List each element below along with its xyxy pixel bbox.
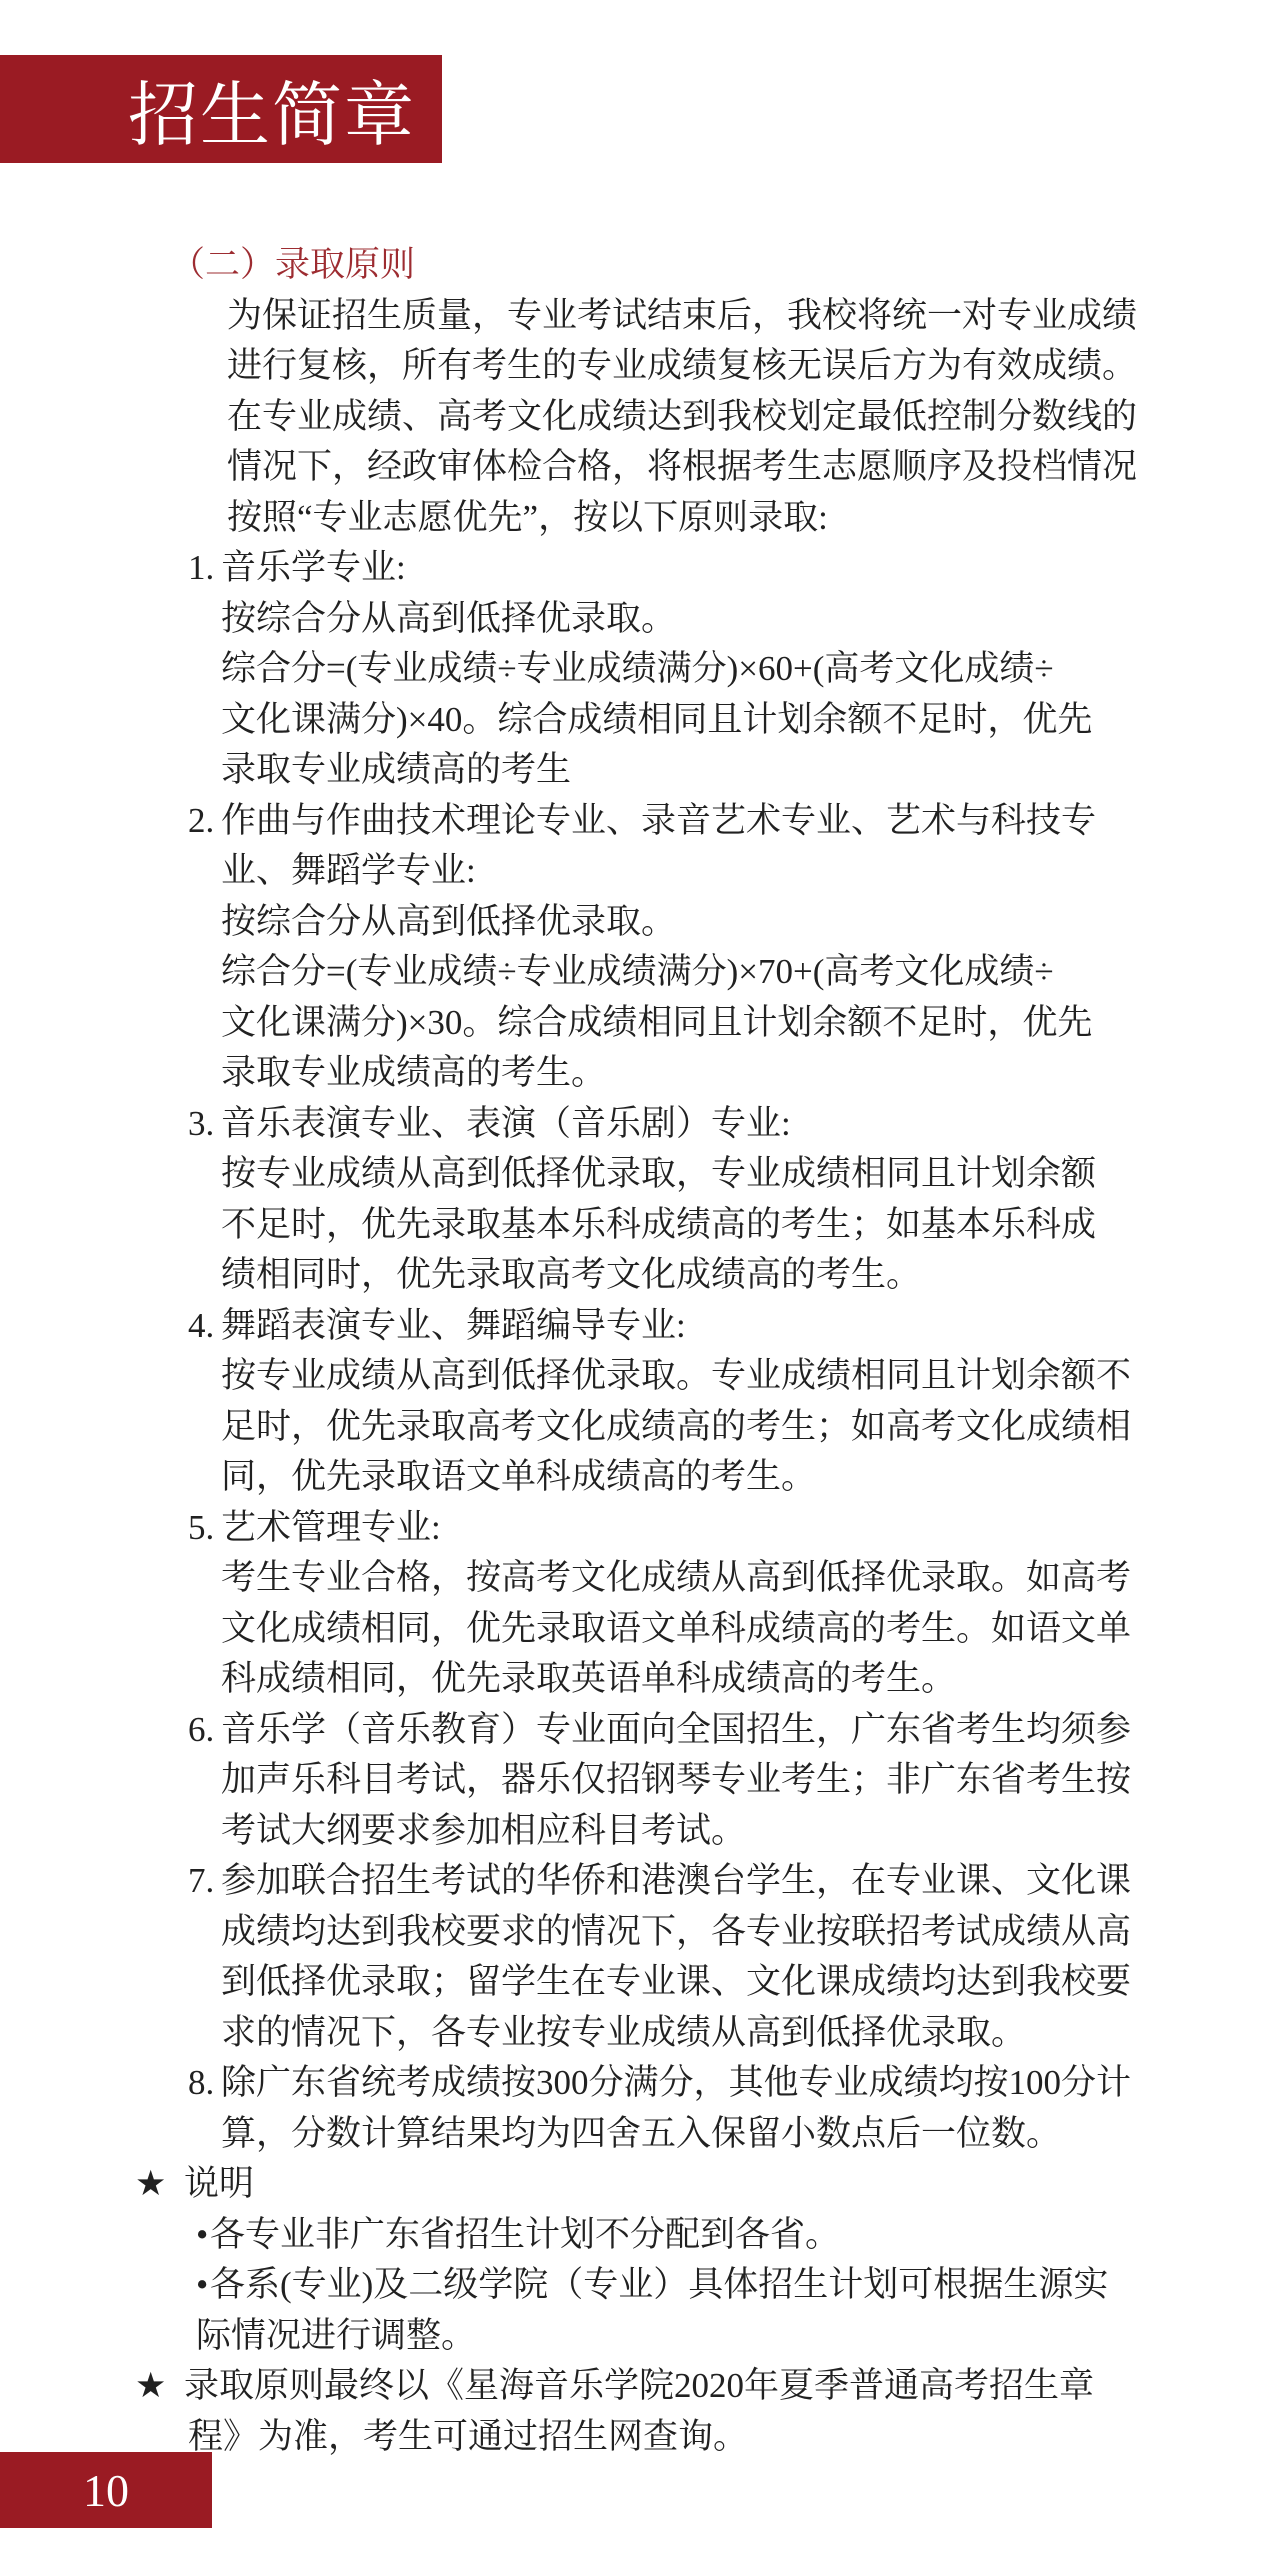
star-icon: ★: [135, 2361, 184, 2412]
item-line: 加声乐科目考试，器乐仅招钢琴专业考生；非广东省考生按: [0, 1755, 1280, 1806]
star-note: ★录取原则最终以《星海音乐学院2020年夏季普通高考招生章: [0, 2361, 1280, 2412]
item-number: 3.: [188, 1099, 221, 1150]
list-item: 7.参加联合招生考试的华侨和港澳台学生，在专业课、文化课: [0, 1856, 1280, 1907]
notes-list: ★说明•各专业非广东省招生计划不分配到各省。•各系(专业)及二级学院（专业）具体…: [0, 2159, 1280, 2462]
note-text: 各系(专业)及二级学院（专业）具体招生计划可根据生源实: [210, 2265, 1108, 2304]
list-item: 5.艺术管理专业:: [0, 1503, 1280, 1554]
bullet-icon: •: [196, 2210, 210, 2261]
item-line: 按综合分从高到低择优录取。: [0, 897, 1280, 948]
item-text: 除广东省统考成绩按300分满分，其他专业成绩均按100分计: [221, 2063, 1131, 2102]
item-number: 5.: [188, 1503, 221, 1554]
section-heading: （二）录取原则: [0, 240, 1280, 291]
item-line: 足时，优先录取高考文化成绩高的考生；如高考文化成绩相: [0, 1402, 1280, 1453]
bullet-note: •各系(专业)及二级学院（专业）具体招生计划可根据生源实: [0, 2260, 1280, 2311]
note-line: 际情况进行调整。: [0, 2311, 1280, 2362]
section-banner: 招生简章: [0, 55, 442, 163]
item-number: 6.: [188, 1705, 221, 1756]
item-text: 作曲与作曲技术理论专业、录音艺术专业、艺术与科技专: [221, 801, 1096, 840]
item-line: 算，分数计算结果均为四舍五入保留小数点后一位数。: [0, 2109, 1280, 2160]
item-line: 到低择优录取；留学生在专业课、文化课成绩均达到我校要: [0, 1957, 1280, 2008]
item-line: 综合分=(专业成绩÷专业成绩满分)×60+(高考文化成绩÷: [0, 644, 1280, 695]
item-text: 音乐表演专业、表演（音乐剧）专业:: [221, 1104, 791, 1143]
item-line: 文化课满分)×40。综合成绩相同且计划余额不足时，优先: [0, 695, 1280, 746]
item-line: 科成绩相同，优先录取英语单科成绩高的考生。: [0, 1654, 1280, 1705]
item-number: 8.: [188, 2058, 221, 2109]
item-text: 舞蹈表演专业、舞蹈编导专业:: [221, 1306, 686, 1345]
item-line: 综合分=(专业成绩÷专业成绩满分)×70+(高考文化成绩÷: [0, 947, 1280, 998]
item-line: 文化成绩相同，优先录取语文单科成绩高的考生。如语文单: [0, 1604, 1280, 1655]
list-item: 2.作曲与作曲技术理论专业、录音艺术专业、艺术与科技专: [0, 796, 1280, 847]
item-number: 4.: [188, 1301, 221, 1352]
star-icon: ★: [135, 2159, 184, 2210]
banner-title: 招生简章: [128, 59, 416, 160]
item-line: 求的情况下，各专业按专业成绩从高到低择优录取。: [0, 2008, 1280, 2059]
bullet-icon: •: [196, 2260, 210, 2311]
item-line: 文化课满分)×30。综合成绩相同且计划余额不足时，优先: [0, 998, 1280, 1049]
note-text: 录取原则最终以《星海音乐学院2020年夏季普通高考招生章: [184, 2366, 1094, 2405]
note-text: 各专业非广东省招生计划不分配到各省。: [210, 2215, 840, 2254]
intro-line: 在专业成绩、高考文化成绩达到我校划定最低控制分数线的: [0, 392, 1280, 443]
list-item: 8.除广东省统考成绩按300分满分，其他专业成绩均按100分计: [0, 2058, 1280, 2109]
intro-line: 按照“专业志愿优先”，按以下原则录取:: [0, 493, 1280, 544]
list-item: 3.音乐表演专业、表演（音乐剧）专业:: [0, 1099, 1280, 1150]
intro-line: 情况下，经政审体检合格，将根据考生志愿顺序及投档情况: [0, 442, 1280, 493]
intro-line: 进行复核，所有考生的专业成绩复核无误后方为有效成绩。: [0, 341, 1280, 392]
item-line: 按专业成绩从高到低择优录取，专业成绩相同且计划余额: [0, 1149, 1280, 1200]
item-text: 音乐学（音乐教育）专业面向全国招生，广东省考生均须参: [221, 1710, 1131, 1749]
item-line: 按综合分从高到低择优录取。: [0, 594, 1280, 645]
item-number: 1.: [188, 543, 221, 594]
list-item: 1.音乐学专业:: [0, 543, 1280, 594]
item-line: 考生专业合格，按高考文化成绩从高到低择优录取。如高考: [0, 1553, 1280, 1604]
item-line: 业、舞蹈学专业:: [0, 846, 1280, 897]
item-text: 艺术管理专业:: [221, 1508, 441, 1547]
list-item: 4.舞蹈表演专业、舞蹈编导专业:: [0, 1301, 1280, 1352]
item-text: 参加联合招生考试的华侨和港澳台学生，在专业课、文化课: [221, 1861, 1131, 1900]
item-line: 录取专业成绩高的考生。: [0, 1048, 1280, 1099]
star-note: ★说明: [0, 2159, 1280, 2210]
bullet-note: •各专业非广东省招生计划不分配到各省。: [0, 2210, 1280, 2261]
item-text: 音乐学专业:: [221, 548, 406, 587]
item-number: 2.: [188, 796, 221, 847]
numbered-list: 1.音乐学专业:按综合分从高到低择优录取。综合分=(专业成绩÷专业成绩满分)×6…: [0, 543, 1280, 2159]
document-body: （二）录取原则 为保证招生质量，专业考试结束后，我校将统一对专业成绩进行复核，所…: [0, 240, 1280, 2462]
intro-line: 为保证招生质量，专业考试结束后，我校将统一对专业成绩: [0, 291, 1280, 342]
item-line: 不足时，优先录取基本乐科成绩高的考生；如基本乐科成: [0, 1200, 1280, 1251]
item-line: 录取专业成绩高的考生: [0, 745, 1280, 796]
item-number: 7.: [188, 1856, 221, 1907]
page-number-box: 10: [0, 2452, 212, 2528]
item-line: 绩相同时，优先录取高考文化成绩高的考生。: [0, 1250, 1280, 1301]
item-line: 考试大纲要求参加相应科目考试。: [0, 1806, 1280, 1857]
item-line: 按专业成绩从高到低择优录取。专业成绩相同且计划余额不: [0, 1351, 1280, 1402]
list-item: 6.音乐学（音乐教育）专业面向全国招生，广东省考生均须参: [0, 1705, 1280, 1756]
intro-paragraph: 为保证招生质量，专业考试结束后，我校将统一对专业成绩进行复核，所有考生的专业成绩…: [0, 291, 1280, 544]
note-text: 说明: [184, 2164, 254, 2203]
item-line: 成绩均达到我校要求的情况下，各专业按联招考试成绩从高: [0, 1907, 1280, 1958]
item-line: 同，优先录取语文单科成绩高的考生。: [0, 1452, 1280, 1503]
page-number: 10: [83, 2464, 129, 2517]
